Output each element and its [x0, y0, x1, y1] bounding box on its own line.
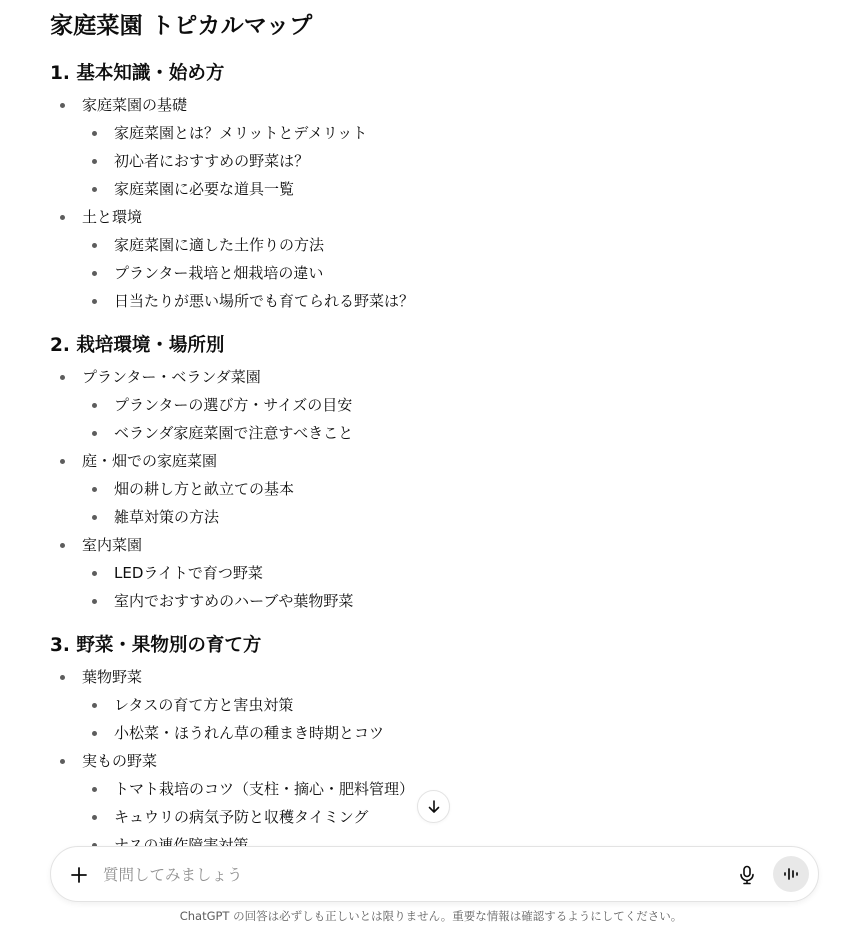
list-item: 庭・畑での家庭菜園 [82, 450, 217, 472]
bullet-icon [60, 543, 65, 548]
bullet-icon [60, 759, 65, 764]
dictate-button[interactable] [735, 863, 759, 887]
microphone-icon [738, 865, 756, 885]
bullet-icon [92, 515, 97, 520]
list-item: LEDライトで育つ野菜 [114, 562, 263, 584]
message-composer [50, 846, 819, 902]
bullet-icon [92, 131, 97, 136]
list-item: ベランダ家庭菜園で注意すべきこと [114, 422, 353, 444]
section-heading: 1. 基本知識・始め方 [50, 61, 224, 87]
bullet-icon [92, 187, 97, 192]
bullet-icon [60, 675, 65, 680]
scroll-to-bottom-button[interactable] [417, 790, 450, 823]
bullet-icon [92, 431, 97, 436]
bullet-icon [92, 787, 97, 792]
bullet-icon [92, 403, 97, 408]
disclaimer-text: ChatGPT の回答は必ずしも正しいとは限りません。重要な情報は確認するように… [0, 908, 846, 924]
bullet-icon [92, 487, 97, 492]
list-item: 土と環境 [82, 206, 142, 228]
add-attachment-button[interactable] [67, 863, 91, 887]
list-item: レタスの育て方と害虫対策 [114, 694, 293, 716]
document-title: 家庭菜園 トピカルマップ [50, 10, 313, 42]
list-item: 室内菜園 [82, 534, 142, 556]
bullet-icon [60, 375, 65, 380]
list-item: プランターの選び方・サイズの目安 [114, 394, 352, 416]
list-item: 雑草対策の方法 [114, 506, 219, 528]
plus-icon [70, 866, 88, 884]
bullet-icon [92, 731, 97, 736]
bullet-icon [92, 571, 97, 576]
voice-mode-button[interactable] [773, 856, 809, 892]
list-item: 家庭菜園に必要な道具一覧 [114, 178, 294, 200]
list-item: 実もの野菜 [82, 750, 157, 772]
bullet-icon [60, 459, 65, 464]
section-heading: 3. 野菜・果物別の育て方 [50, 633, 261, 659]
section-heading: 2. 栽培環境・場所別 [50, 333, 224, 359]
list-item: 小松菜・ほうれん草の種まき時期とコツ [114, 722, 384, 744]
bullet-icon [92, 159, 97, 164]
bullet-icon [92, 243, 97, 248]
list-item: キュウリの病気予防と収穫タイミング [114, 806, 368, 828]
list-item: プランター・ベランダ菜園 [82, 366, 261, 388]
assistant-message: 家庭菜園 トピカルマップ 1. 基本知識・始め方 家庭菜園の基礎 家庭菜園とは？… [50, 0, 810, 848]
bullet-icon [60, 215, 65, 220]
list-item: 家庭菜園に適した土作りの方法 [114, 234, 324, 256]
list-item: プランター栽培と畑栽培の違い [114, 262, 323, 284]
bullet-icon [92, 815, 97, 820]
chat-page: 家庭菜園 トピカルマップ 1. 基本知識・始め方 家庭菜園の基礎 家庭菜園とは？… [0, 0, 846, 929]
list-item: 家庭菜園とは？メリットとデメリット [114, 122, 367, 144]
bullet-icon [60, 103, 65, 108]
voice-mode-icon [782, 866, 800, 882]
list-item: 家庭菜園の基礎 [82, 94, 187, 116]
arrow-down-icon [426, 799, 442, 815]
bullet-icon [92, 271, 97, 276]
list-item: 畑の耕し方と畝立ての基本 [114, 478, 294, 500]
list-item: トマト栽培のコツ（支柱・摘心・肥料管理） [114, 778, 414, 800]
message-input[interactable] [103, 861, 703, 889]
list-item: 室内でおすすめのハーブや葉物野菜 [114, 590, 353, 612]
list-item: 葉物野菜 [82, 666, 142, 688]
bullet-icon [92, 703, 97, 708]
list-item: 日当たりが悪い場所でも育てられる野菜は？ [114, 290, 414, 312]
bullet-icon [92, 599, 97, 604]
list-item: 初心者におすすめの野菜は？ [114, 150, 309, 172]
bullet-icon [92, 299, 97, 304]
